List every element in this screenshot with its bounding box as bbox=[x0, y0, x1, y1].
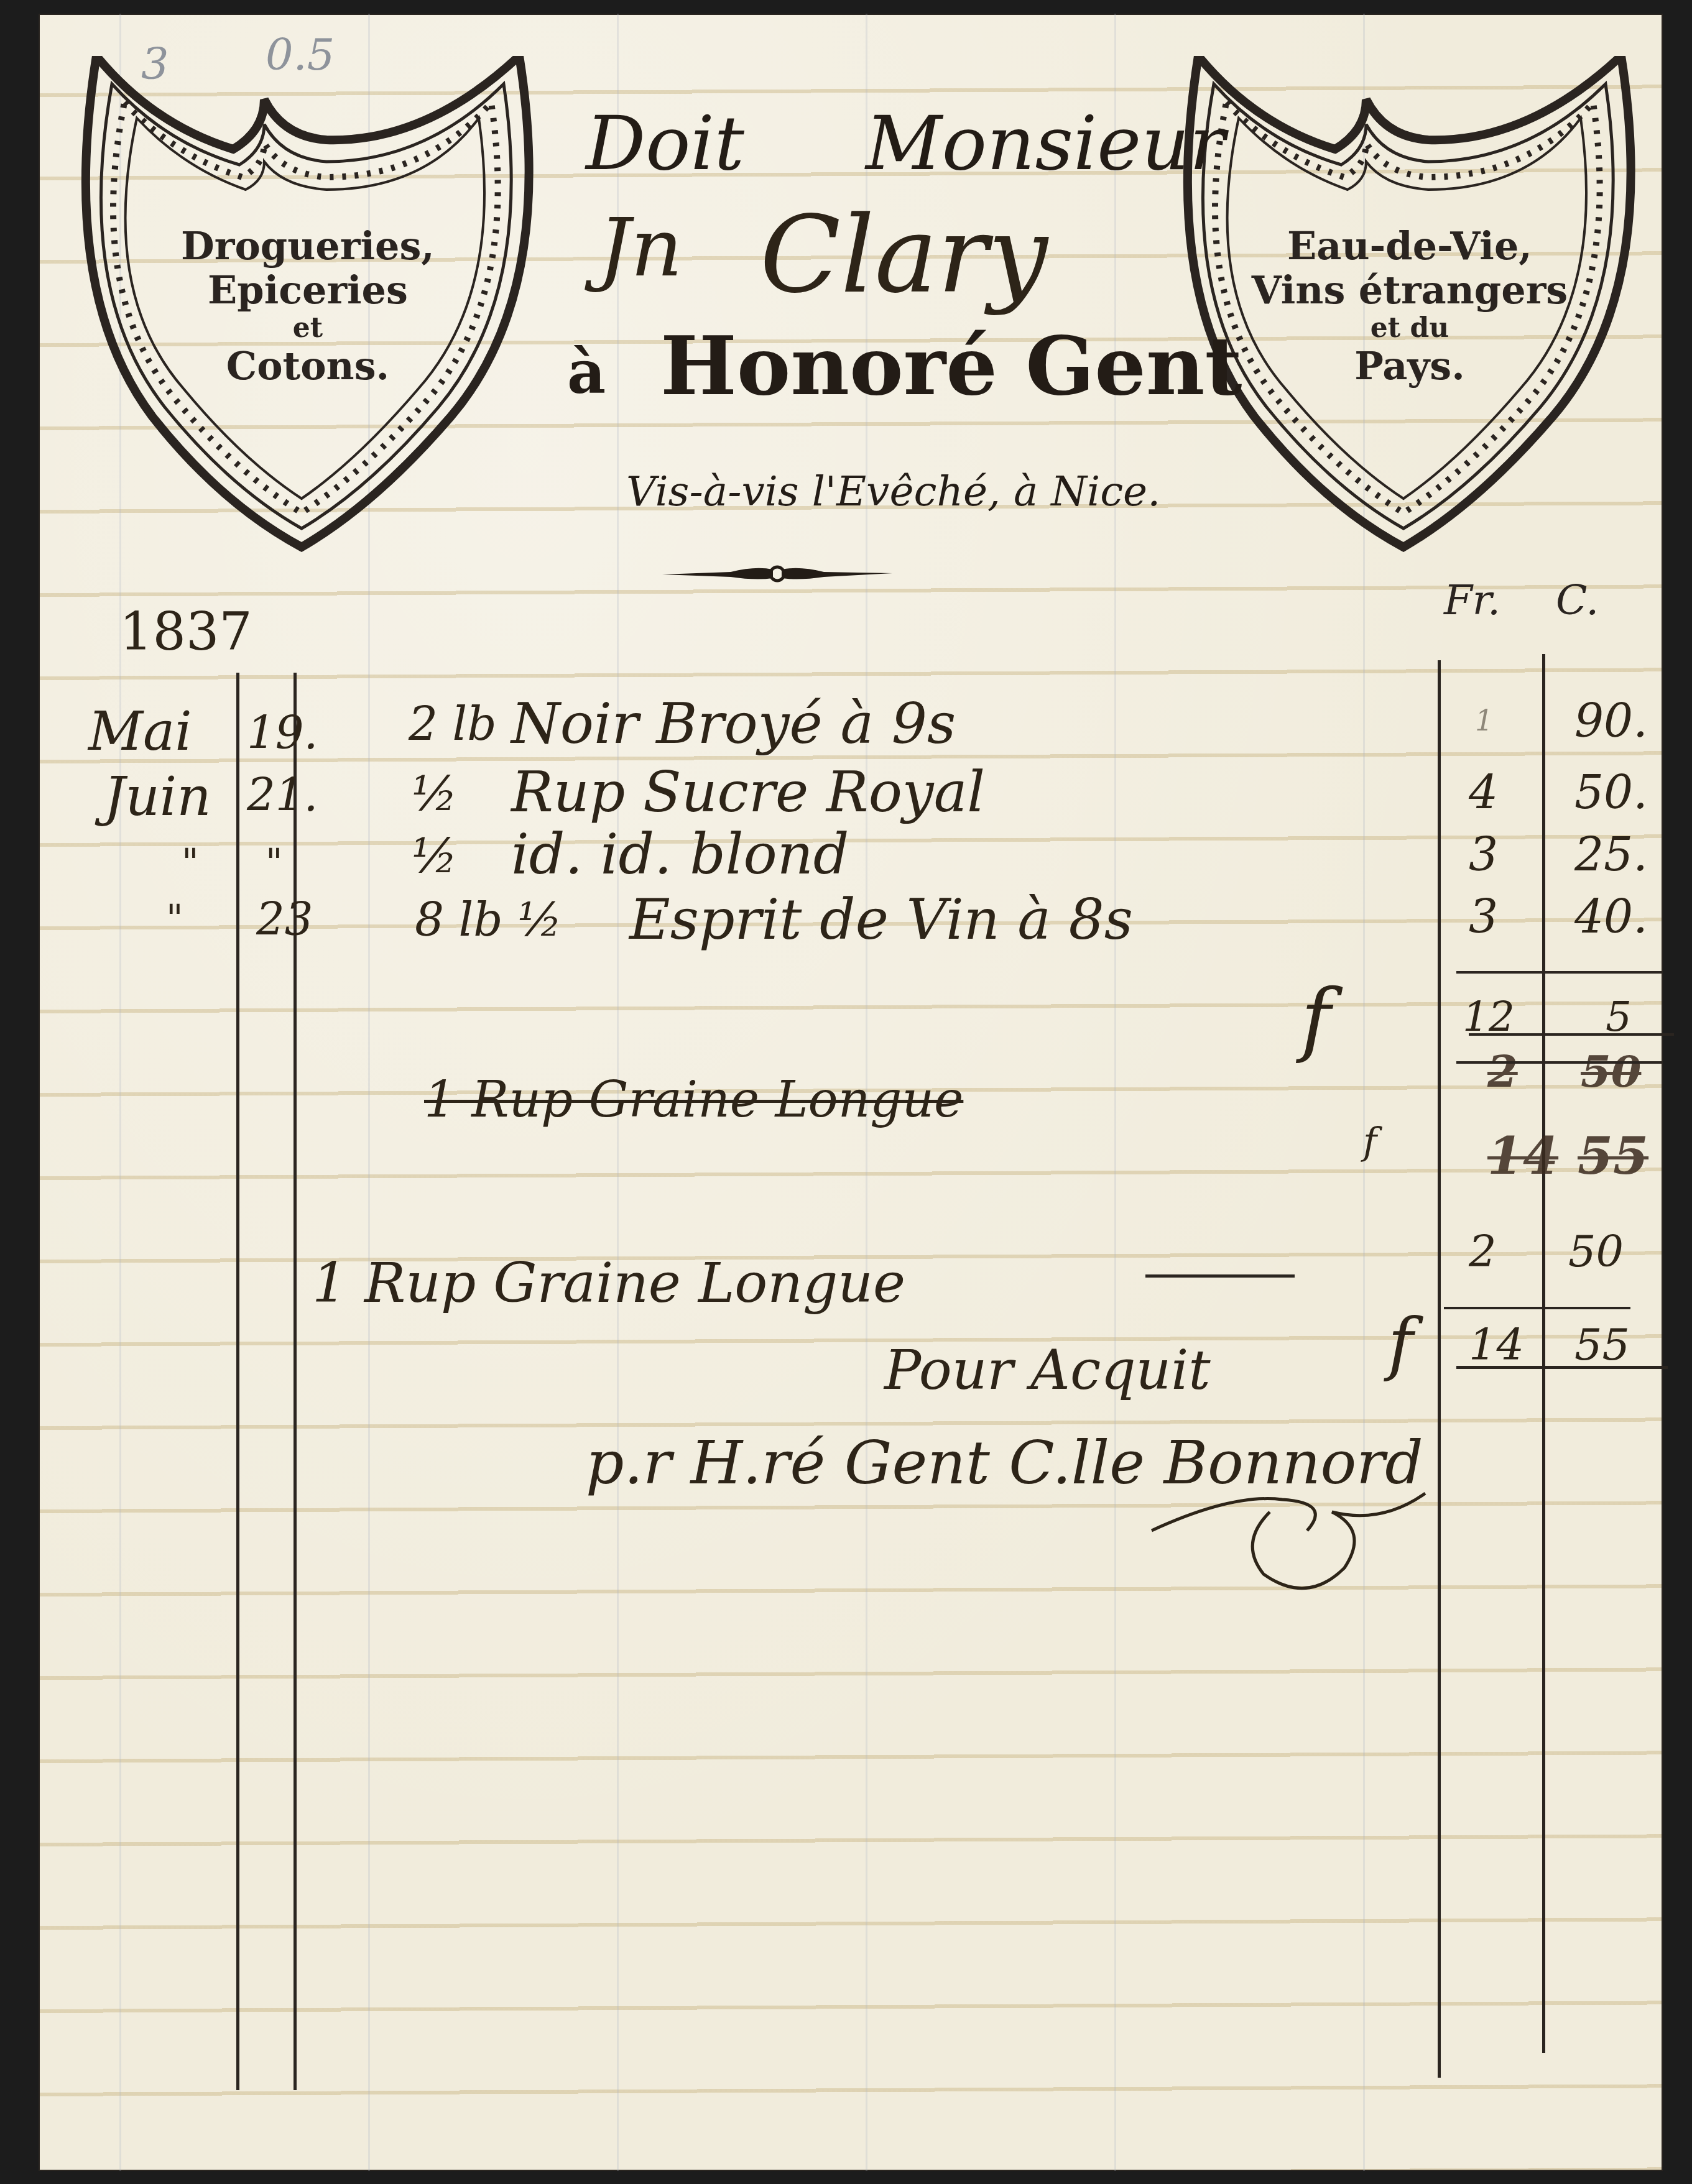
francs-column-header: Fr. bbox=[1444, 576, 1500, 624]
doit-label: Doit bbox=[586, 101, 744, 187]
a-label: à bbox=[567, 337, 606, 407]
acquit-label: Pour Acquit bbox=[884, 1338, 1211, 1402]
subtotal-rule bbox=[1456, 971, 1662, 974]
invoice-paper: 3 0.5 Drogueries, Epiceries et Cotons. E… bbox=[39, 14, 1663, 2171]
total-top-rule bbox=[1444, 1307, 1630, 1309]
total-francs: 14 bbox=[1469, 1319, 1524, 1370]
centimes-column-header: C. bbox=[1556, 576, 1599, 624]
merchant-address: Vis-à-vis l'Evêché, à Nice. bbox=[626, 468, 1160, 515]
total-bottom-rule bbox=[1456, 1366, 1668, 1369]
struck-rule bbox=[1469, 1033, 1674, 1036]
right-shield-emblem: Eau-de-Vie, Vins étrangers et du Pays. bbox=[1180, 56, 1640, 553]
total-centimes: 55 bbox=[1574, 1319, 1630, 1370]
centimes-column-rule bbox=[1542, 654, 1545, 2053]
signature-flourish-icon bbox=[1145, 1456, 1438, 1605]
right-shield-text: Eau-de-Vie, Vins étrangers et du Pays. bbox=[1180, 224, 1640, 388]
date-column-rule bbox=[236, 673, 239, 2090]
date-column-rule bbox=[294, 673, 297, 2090]
customer-prefix: Jn bbox=[598, 200, 683, 295]
customer-name: Clary bbox=[760, 194, 1048, 317]
left-shield-text: Drogueries, Epiceries et Cotons. bbox=[78, 224, 538, 388]
left-shield-emblem: Drogueries, Epiceries et Cotons. bbox=[78, 56, 538, 553]
ornament-divider-icon bbox=[662, 561, 892, 586]
struck-rule bbox=[1456, 1061, 1662, 1064]
monsieur-label: Monsieur bbox=[866, 101, 1225, 187]
francs-column-rule bbox=[1438, 660, 1441, 2078]
dash-rule bbox=[1145, 1274, 1295, 1278]
year: 1837 bbox=[119, 601, 252, 662]
merchant-name: Honoré Gent bbox=[660, 318, 1242, 413]
